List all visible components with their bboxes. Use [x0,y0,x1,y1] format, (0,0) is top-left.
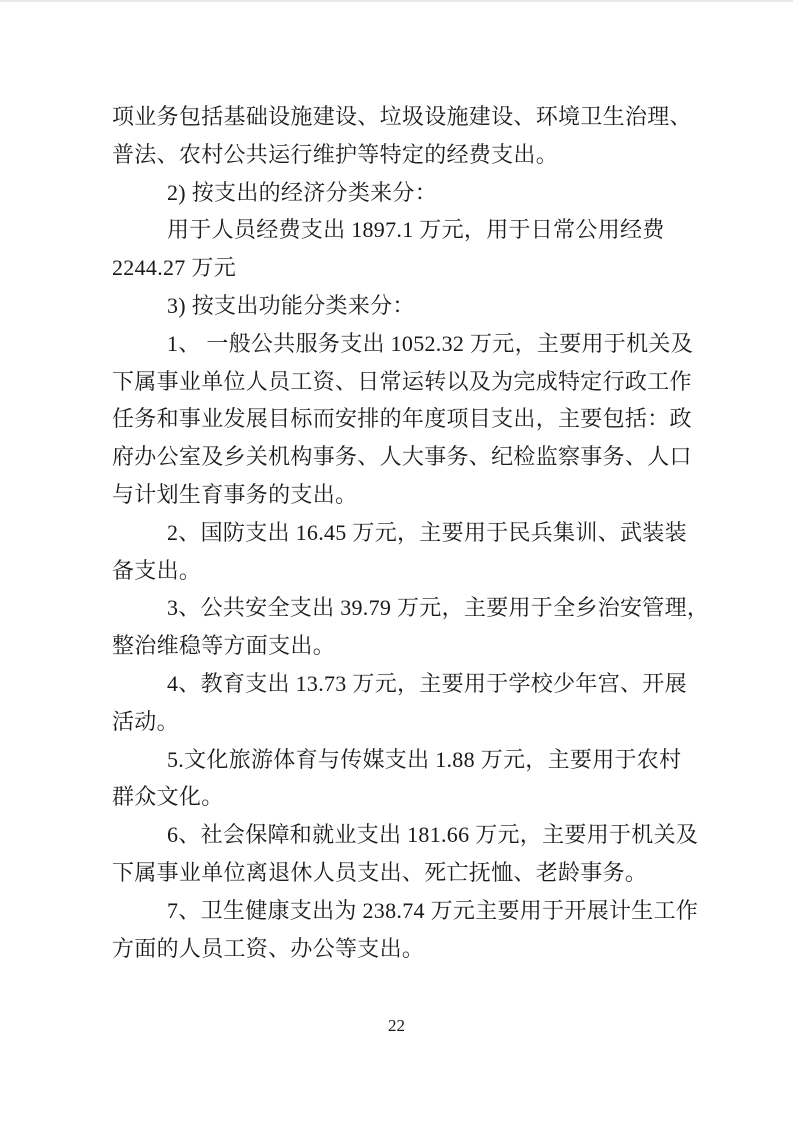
text-line: 2、国防支出 16.45 万元，主要用于民兵集训、武装装 [112,514,687,552]
text-line: 2) 按支出的经济分类来分： [112,174,687,212]
text-line: 整治维稳等方面支出。 [112,627,687,665]
text-line: 方面的人员工资、办公等支出。 [112,930,687,968]
text-line: 1、 一般公共服务支出 1052.32 万元，主要用于机关及 [112,325,687,363]
body-text: 项业务包括基础设施建设、垃圾设施建设、环境卫生治理、 普法、农村公共运行维护等特… [112,98,687,967]
text-line: 群众文化。 [112,778,687,816]
text-line: 任务和事业发展目标而安排的年度项目支出，主要包括：政 [112,400,687,438]
text-line: 下属事业单位人员工资、日常运转以及为完成特定行政工作 [112,363,687,401]
text-line: 用于人员经费支出 1897.1 万元，用于日常公用经费 [112,211,687,249]
text-line: 府办公室及乡关机构事务、人大事务、纪检监察事务、人口 [112,438,687,476]
page-number: 22 [0,1016,793,1036]
text-line: 备支出。 [112,552,687,590]
text-line: 活动。 [112,703,687,741]
text-line: 项业务包括基础设施建设、垃圾设施建设、环境卫生治理、 [112,98,687,136]
text-line: 3) 按支出功能分类来分： [112,287,687,325]
text-line: 下属事业单位离退休人员支出、死亡抚恤、老龄事务。 [112,854,687,892]
text-line: 5.文化旅游体育与传媒支出 1.88 万元，主要用于农村 [112,741,687,779]
text-line: 与计划生育事务的支出。 [112,476,687,514]
text-line: 2244.27 万元 [112,249,687,287]
document-page: 项业务包括基础设施建设、垃圾设施建设、环境卫生治理、 普法、农村公共运行维护等特… [0,0,793,1122]
text-line: 6、社会保障和就业支出 181.66 万元，主要用于机关及 [112,816,687,854]
text-line: 3、公共安全支出 39.79 万元，主要用于全乡治安管理， [112,589,687,627]
text-line: 7、卫生健康支出为 238.74 万元主要用于开展计生工作 [112,892,687,930]
text-line: 普法、农村公共运行维护等特定的经费支出。 [112,136,687,174]
text-line: 4、教育支出 13.73 万元，主要用于学校少年宫、开展 [112,665,687,703]
